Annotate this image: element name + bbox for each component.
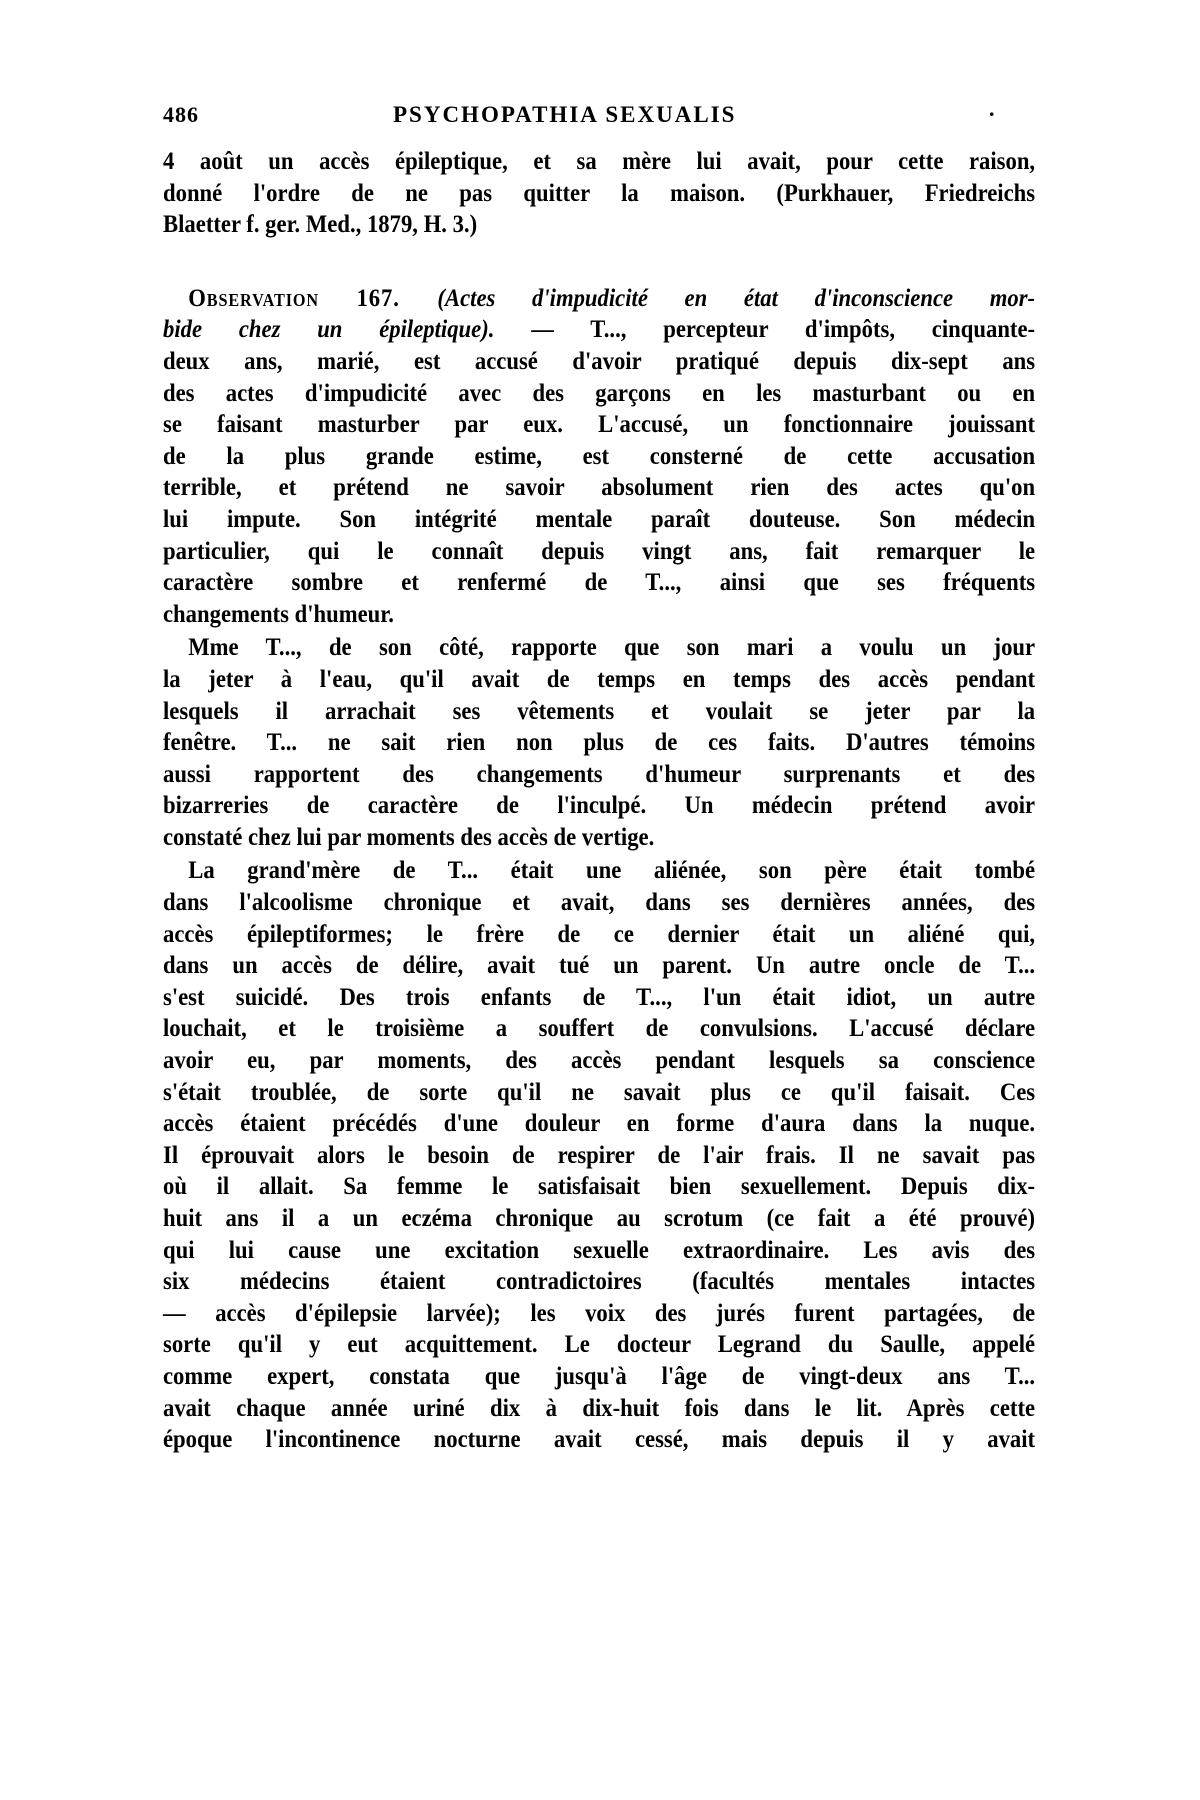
running-title: PSYCHOPATHIA SEXUALIS [393, 102, 736, 128]
text-line: aussi rapportent des changements d'humeu… [163, 759, 1035, 791]
text-line: sorte qu'il y eut acquittement. Le docte… [163, 1329, 1035, 1361]
paragraph-1: Observation 167. (Actes d'impudicité en … [163, 283, 1035, 631]
text-line: louchait, et le troisième a souffert de … [163, 1013, 1035, 1045]
header-mark: . [989, 96, 996, 122]
observation-label: Observation 167. [188, 285, 437, 312]
text-line: 4 août un accès épileptique, et sa mère … [163, 146, 1035, 178]
text-line: accès étaient précédés d'une douleur en … [163, 1108, 1035, 1140]
text-line: — accès d'épilepsie larvée); les voix de… [163, 1298, 1035, 1330]
observation-heading-line: Observation 167. (Actes d'impudicité en … [163, 283, 1035, 315]
text-line: lesquels il arrachait ses vêtements et v… [163, 696, 1035, 728]
book-page: 486 PSYCHOPATHIA SEXUALIS . 4 août un ac… [163, 96, 1035, 1456]
text-line: fenêtre. T... ne sait rien non plus de c… [163, 727, 1035, 759]
observation-title: (Actes d'impudicité en état d'inconscien… [437, 285, 1035, 312]
text-line-content: donné l'ordre de ne pas quitter la maiso… [163, 180, 1035, 207]
text-line: huit ans il a un eczéma chronique au scr… [163, 1203, 1035, 1235]
text-line: changements d'humeur. [163, 599, 1035, 631]
observation-title: bide chez un épileptique). [163, 316, 494, 343]
text-line: Il éprouvait alors le besoin de respirer… [163, 1140, 1035, 1172]
text-line: de la plus grande estime, est consterné … [163, 441, 1035, 473]
text-line: dans l'alcoolisme chronique et avait, da… [163, 887, 1035, 919]
text-line: époque l'incontinence nocturne avait ces… [163, 1424, 1035, 1456]
observation-167: Observation 167. (Actes d'impudicité en … [163, 283, 1035, 1456]
text-line: dans un accès de délire, avait tué un pa… [163, 950, 1035, 982]
text-line: comme expert, constata que jusqu'à l'âge… [163, 1361, 1035, 1393]
text-line: particulier, qui le connaît depuis vingt… [163, 536, 1035, 568]
observation-heading-line: bide chez un épileptique). — T..., perce… [163, 314, 1035, 346]
text-line: s'est suicidé. Des trois enfants de T...… [163, 982, 1035, 1014]
text-line: donné l'ordre de ne pas quitter la maiso… [163, 178, 1035, 210]
text-line: accès épileptiformes; le frère de ce der… [163, 919, 1035, 951]
citation-text: Blaetter f. ger. Med., 1879, H. 3.) [163, 211, 477, 238]
text-line: qui lui cause une excitation sexuelle ex… [163, 1235, 1035, 1267]
text-line: Mme T..., de son côté, rapporte que son … [163, 632, 1035, 664]
text-line: avait chaque année uriné dix à dix-huit … [163, 1393, 1035, 1425]
text-line: s'était troublée, de sorte qu'il ne sava… [163, 1077, 1035, 1109]
page-number: 486 [163, 102, 199, 128]
text-line: se faisant masturber par eux. L'accusé, … [163, 409, 1035, 441]
paragraph-2: Mme T..., de son côté, rapporte que son … [163, 632, 1035, 853]
running-head: 486 PSYCHOPATHIA SEXUALIS . [163, 96, 1035, 136]
text-line: La grand'mère de T... était une aliénée,… [163, 855, 1035, 887]
citation-line: Blaetter f. ger. Med., 1879, H. 3.) [163, 209, 1035, 241]
text-line: où il allait. Sa femme le satisfaisait b… [163, 1171, 1035, 1203]
text-line: des actes d'impudicité avec des garçons … [163, 378, 1035, 410]
text-line: lui impute. Son intégrité mentale paraît… [163, 504, 1035, 536]
text-line: deux ans, marié, est accusé d'avoir prat… [163, 346, 1035, 378]
text-line-content: — T..., percepteur d'impôts, cinquante- [494, 316, 1035, 343]
text-line: constaté chez lui par moments des accès … [163, 822, 1035, 854]
text-line: six médecins étaient contradictoires (fa… [163, 1266, 1035, 1298]
continuation-paragraph: 4 août un accès épileptique, et sa mère … [163, 146, 1035, 241]
text-line: terrible, et prétend ne savoir absolumen… [163, 472, 1035, 504]
text-line: bizarreries de caractère de l'inculpé. U… [163, 790, 1035, 822]
paragraph-3: La grand'mère de T... était une aliénée,… [163, 855, 1035, 1455]
text-line: la jeter à l'eau, qu'il avait de temps e… [163, 664, 1035, 696]
text-line: avoir eu, par moments, des accès pendant… [163, 1045, 1035, 1077]
text-line: caractère sombre et renfermé de T..., ai… [163, 567, 1035, 599]
